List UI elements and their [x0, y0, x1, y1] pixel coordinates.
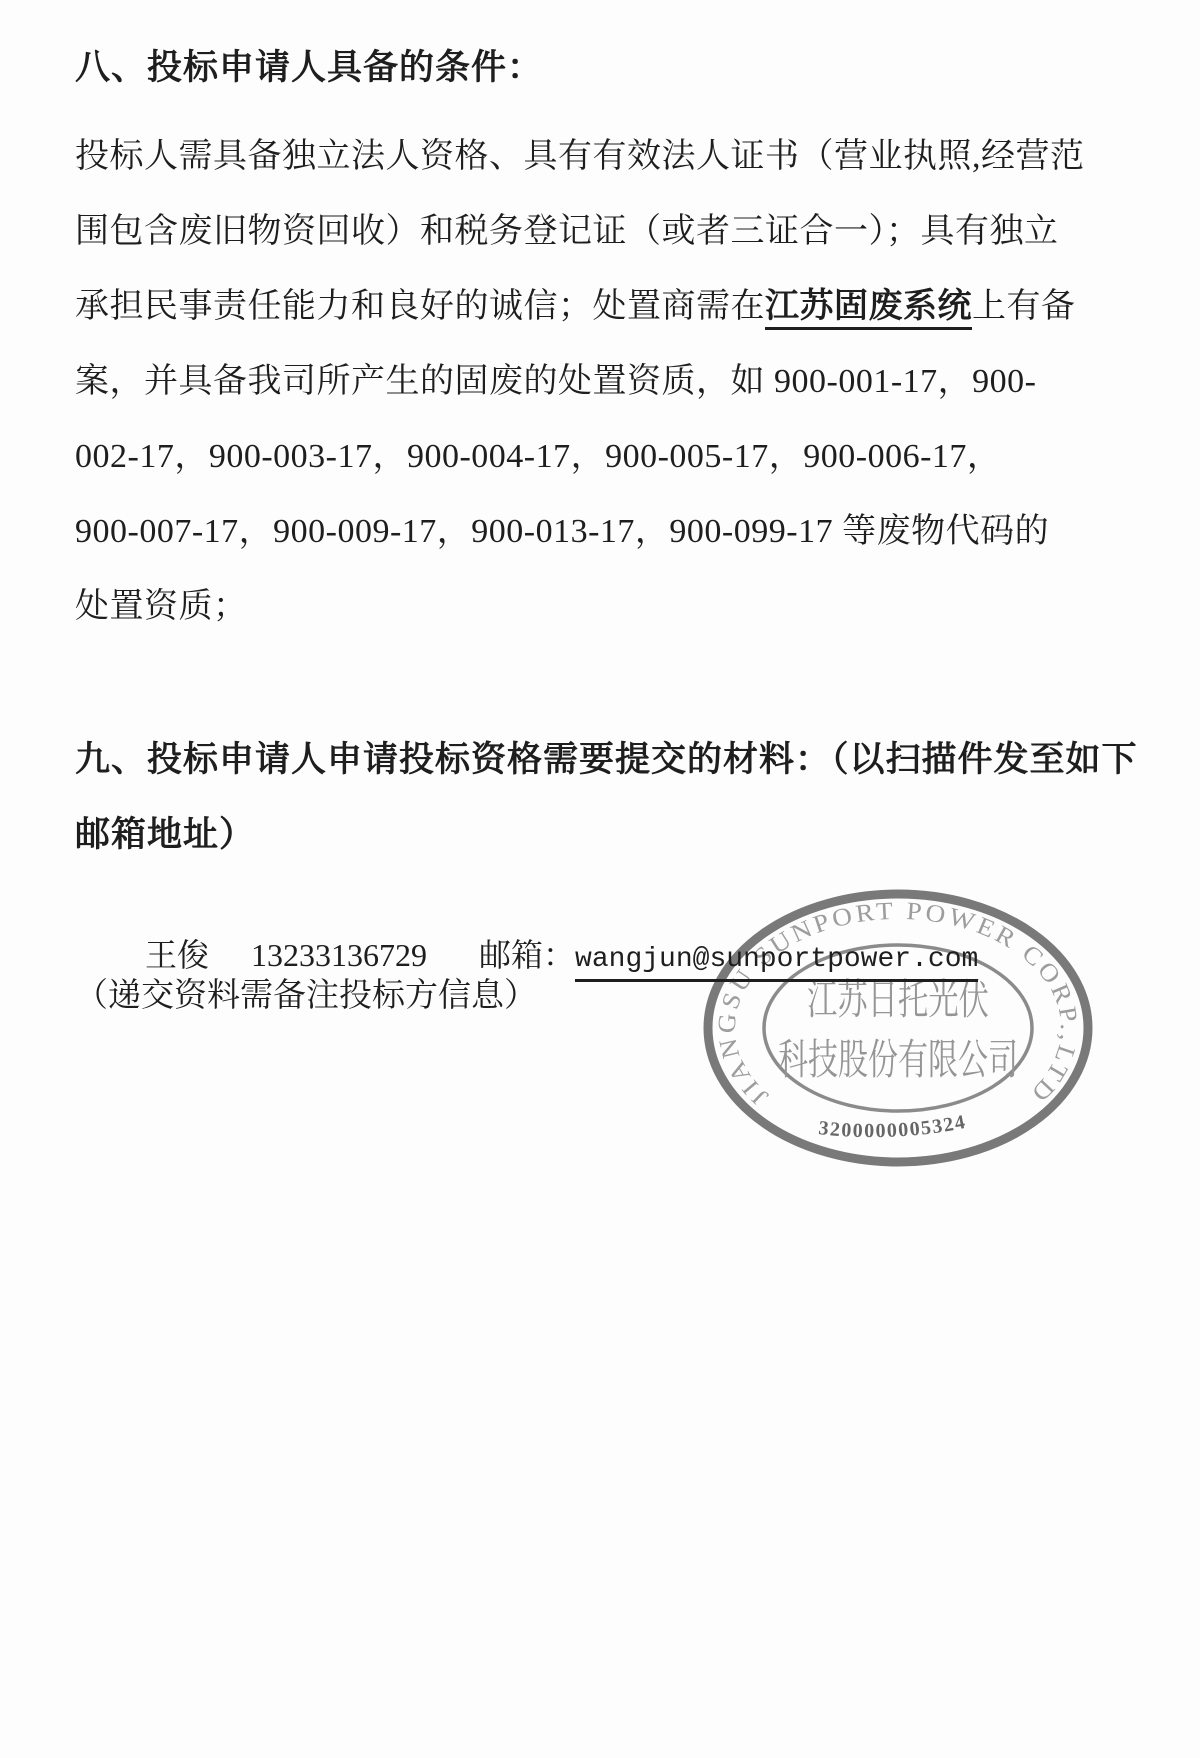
document-page: 八、投标申请人具备的条件： 投标人需具备独立法人资格、具有有效法人证书（营业执照…: [0, 0, 1200, 1758]
jiangsu-solid-waste-system-emphasis: 江苏固废系统: [765, 288, 972, 330]
section8-heading: 八、投标申请人具备的条件：: [75, 40, 543, 90]
section8-line-3: 承担民事责任能力和良好的诚信；处置商需在江苏固废系统上有备: [75, 278, 1076, 327]
contact-email: wangjun@sunportpower.com: [575, 944, 978, 982]
section8-line-7: 处置资质；: [75, 578, 248, 627]
section8-line-6: 900-007-17，900-009-17，900-013-17，900-099…: [75, 503, 1049, 552]
line3-text-before: 承担民事责任能力和良好的诚信；处置商需在: [75, 288, 765, 325]
submission-note: （递交资料需备注投标方信息）: [75, 969, 537, 1016]
section9-heading-line-1: 九、投标申请人申请投标资格需要提交的材料：（以扫描件发至如下: [75, 732, 1138, 782]
contact-email-label: 邮箱：: [479, 937, 575, 973]
section9-heading-line-2: 邮箱地址）: [75, 807, 255, 857]
stamp-center-line-2: 科技股份有限公司: [778, 1038, 1018, 1084]
stamp-registration-number: 3200000005324: [818, 1111, 969, 1142]
contact-phone: 13233136729: [251, 937, 427, 973]
section8-line-2: 围包含废旧物资回收）和税务登记证（或者三证合一）；具有独立: [75, 203, 1059, 252]
stamp-number-holder: 3200000005324: [818, 1111, 969, 1142]
line3-text-after: 上有备: [972, 288, 1076, 325]
section8-line-1: 投标人需具备独立法人资格、具有有效法人证书（营业执照,经营范: [75, 128, 1085, 177]
section8-line-5: 002-17，900-003-17，900-004-17，900-005-17，…: [75, 428, 1001, 477]
section8-line-4: 案，并具备我司所产生的固废的处置资质，如 900-001-17，900-: [75, 353, 1036, 402]
contact-name: 王俊: [145, 937, 209, 973]
